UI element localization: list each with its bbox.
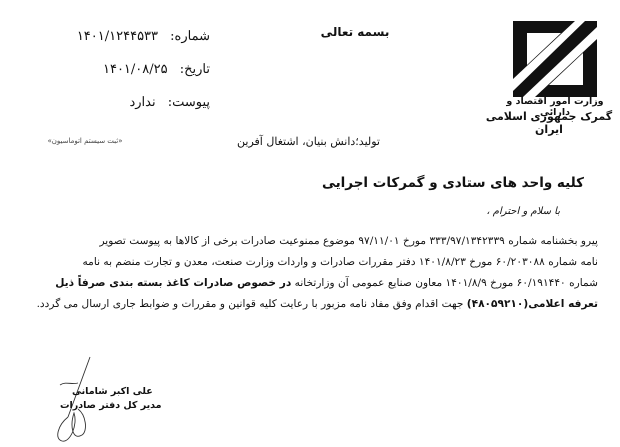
attachment-value: ندارد <box>129 95 155 110</box>
number-label: شماره: <box>170 29 210 44</box>
customs-logo-icon <box>513 21 597 97</box>
tariff-code-bold: تعرفه اعلامی(۴۸۰۵۹۲۱۰) <box>467 298 598 310</box>
signer-title: مدیر کل دفتر صادرات <box>60 400 162 411</box>
body-line-4: تعرفه اعلامی(۴۸۰۵۹۲۱۰) جهت اقدام وفق مفا… <box>13 294 598 315</box>
recipient-heading: کلیه واحد های ستادی و گمرکات اجرایی <box>322 175 584 191</box>
body-line-2: نامه شماره ۶۰/۲۰۳۰۸۸ مورخ ۱۴۰۱/۸/۲۳ دفتر… <box>13 252 598 273</box>
letter-body: پیرو بخشنامه شماره ۳۳۳/۹۷/۱۳۴۲۳۳۹ مورخ ۹… <box>13 231 598 315</box>
automation-note: «ثبت سیستم اتوماسیون» <box>40 137 130 145</box>
letter-number: شماره: ۱۴۰۱/۱۲۴۴۵۳۳ <box>10 29 210 44</box>
body-line-3: شماره ۶۰/۱۹۱۴۴۰ مورخ ۱۴۰۱/۸/۹ معاون صنای… <box>13 273 598 294</box>
bismillah-heading: بسمه تعالی <box>300 25 410 39</box>
org-customs: گمرک جمهوری اسلامی ایران <box>478 110 620 136</box>
body-line-1: پیرو بخشنامه شماره ۳۳۳/۹۷/۱۳۴۲۳۳۹ مورخ ۹… <box>13 231 598 252</box>
slogan-text: تولید؛دانش بنیان، اشتغال آفرین <box>260 135 380 148</box>
body-line-3-bold: در خصوص صادرات کاغذ بسته بندی صرفاً ذیل <box>55 277 291 289</box>
greeting-text: با سلام و احترام ، <box>486 206 560 217</box>
letter-date: تاریخ: ۱۴۰۱/۰۸/۲۵ <box>10 62 210 77</box>
date-value: ۱۴۰۱/۰۸/۲۵ <box>103 62 168 77</box>
body-line-3-text: شماره ۶۰/۱۹۱۴۴۰ مورخ ۱۴۰۱/۸/۹ معاون صنای… <box>295 277 598 289</box>
number-value: ۱۴۰۱/۱۲۴۴۵۳۳ <box>77 29 158 44</box>
body-line-4-text: جهت اقدام وفق مفاد نامه مزبور با رعایت ک… <box>37 298 467 310</box>
attachment-label: پیوست: <box>168 95 210 110</box>
letter-attachment: پیوست: ندارد <box>10 95 210 110</box>
date-label: تاریخ: <box>180 62 210 77</box>
signer-name: علی اکبر شامانی <box>72 386 153 397</box>
